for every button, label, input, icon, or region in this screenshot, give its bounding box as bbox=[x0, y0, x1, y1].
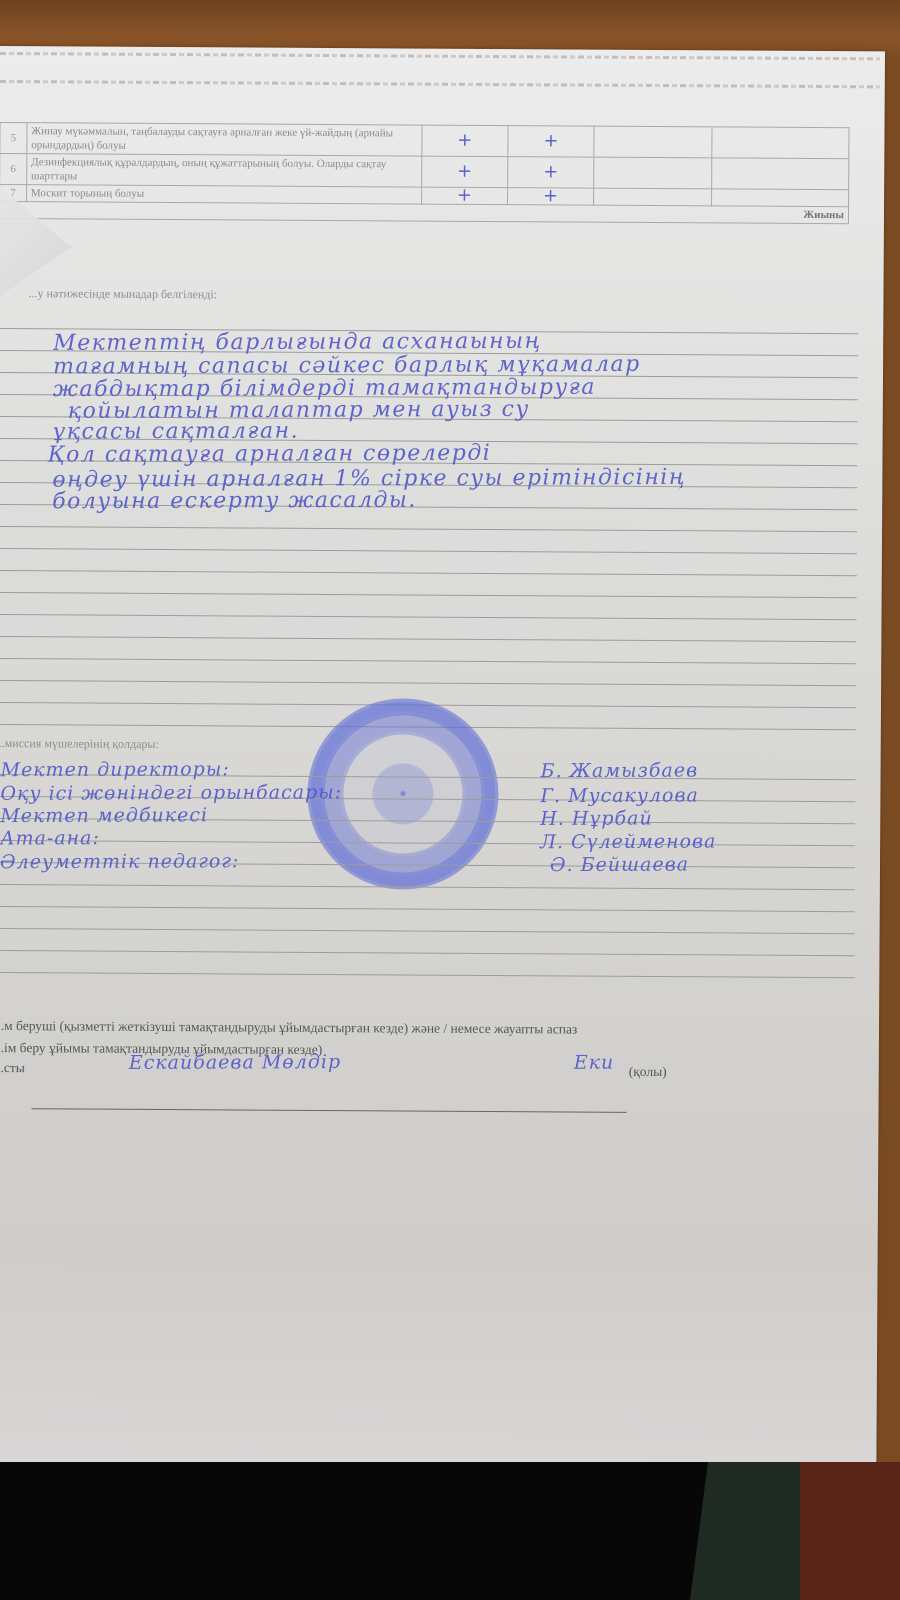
signature-name: Г. Мусакулова bbox=[540, 784, 699, 807]
table-row: 5 Жинау мүкәммалын, таңбалауды сақтауға … bbox=[0, 123, 849, 159]
plus-mark: + bbox=[507, 188, 593, 206]
sign-label: (қолы) bbox=[629, 1064, 667, 1080]
dark-surface-below-page bbox=[0, 1462, 900, 1600]
signatures-heading: ...миссия мүшелерінің қолдары: bbox=[0, 736, 159, 752]
row-number: 6 bbox=[0, 154, 27, 185]
row-description: Жинау мүкәммалын, таңбалауды сақтауға ар… bbox=[27, 123, 422, 156]
ruled-line bbox=[0, 570, 857, 576]
signature-name: Ә. Бейшаева bbox=[550, 853, 689, 876]
plus-mark: + bbox=[421, 156, 507, 188]
signature-name: Н. Нұрбай bbox=[540, 807, 652, 829]
ruled-line bbox=[0, 526, 857, 532]
faint-header-line bbox=[0, 80, 880, 88]
row-number: 5 bbox=[0, 123, 27, 154]
signature-role: Ата-ана: bbox=[0, 827, 100, 849]
ruled-line bbox=[0, 950, 854, 956]
red-object bbox=[800, 1462, 900, 1600]
empty-cell bbox=[711, 189, 848, 207]
plus-mark: + bbox=[508, 157, 594, 189]
empty-cell bbox=[711, 158, 849, 190]
signature-name: Л. Сүлейменова bbox=[540, 830, 716, 853]
empty-cell bbox=[594, 157, 712, 189]
signature-role: Мектеп медбикесі bbox=[0, 804, 208, 827]
ruled-line bbox=[0, 906, 855, 912]
footer-line-3-prefix: ...сты bbox=[0, 1060, 25, 1076]
faint-header-line bbox=[0, 52, 880, 60]
responsible-person-name: Ескайбаева Мөлдір bbox=[129, 1051, 341, 1074]
signature-role: Оқу ісі жөніндегі орынбасары: bbox=[0, 781, 342, 804]
ruled-line bbox=[0, 972, 854, 978]
ruled-line bbox=[0, 592, 857, 598]
ruled-line bbox=[0, 680, 856, 686]
signature-name: Б. Жамызбаев bbox=[541, 759, 699, 782]
empty-cell bbox=[594, 126, 712, 158]
document-page: 5 Жинау мүкәммалын, таңбалауды сақтауға … bbox=[0, 46, 885, 1471]
green-object bbox=[690, 1462, 810, 1600]
signature-underline bbox=[32, 1108, 627, 1113]
ruled-line bbox=[0, 636, 856, 642]
ruled-line bbox=[0, 928, 855, 934]
plus-mark: + bbox=[422, 125, 508, 157]
empty-cell bbox=[594, 188, 712, 206]
responsible-signature: Еки bbox=[574, 1052, 615, 1074]
notes-heading: ...у нәтижесінде мынадар белгіленді: bbox=[28, 286, 217, 302]
ruled-line bbox=[0, 614, 857, 620]
row-description: Дезинфекциялық құралдардың, оның құжатта… bbox=[26, 154, 421, 187]
ruled-line bbox=[0, 658, 856, 664]
inspection-table: 5 Жинау мүкәммалын, таңбалауды сақтауға … bbox=[0, 122, 850, 224]
ruled-line bbox=[0, 548, 857, 554]
handwritten-note-line: болуына ескерту жасалды. bbox=[52, 488, 417, 515]
plus-mark: + bbox=[421, 187, 507, 205]
plus-mark: + bbox=[508, 126, 594, 158]
signature-role: Мектеп директоры: bbox=[1, 758, 230, 781]
table-row: 6 Дезинфекциялық құралдардың, оның құжат… bbox=[0, 154, 849, 190]
handwritten-note-line: Қол сақтауға арналған сөрелерді bbox=[47, 441, 491, 468]
empty-cell bbox=[712, 127, 850, 159]
signature-role: Әлеуметтік педагог: bbox=[0, 850, 239, 873]
footer-line-1: ...м беруші (қызметті жеткізуші тамақтан… bbox=[0, 1018, 577, 1038]
